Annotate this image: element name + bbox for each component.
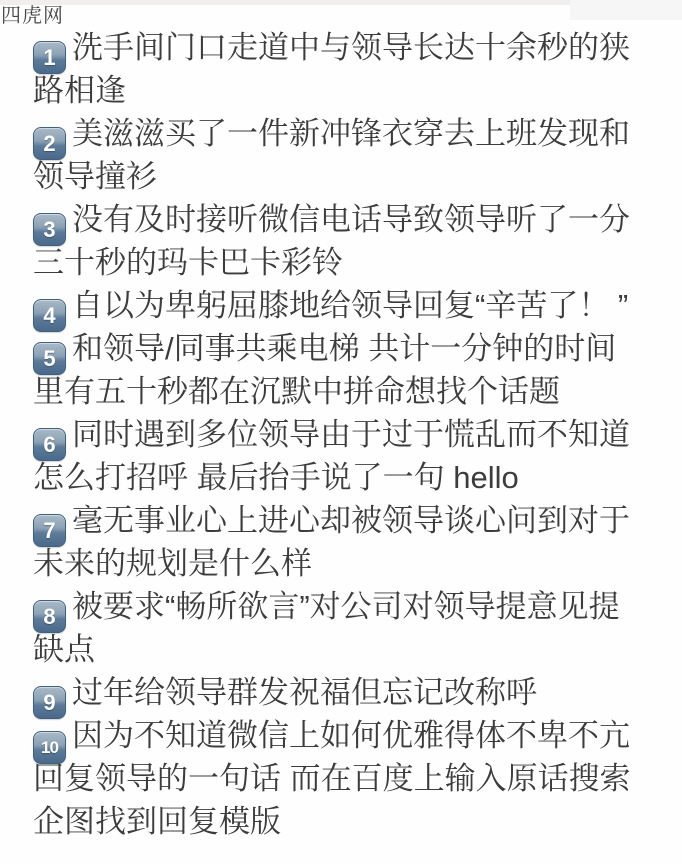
- list-item-line: 回复领导的一句话 而在百度上输入原话搜索: [0, 757, 682, 800]
- list-item-line: 8被要求“畅所欲言”对公司对领导提意见提: [0, 585, 682, 628]
- list-item-line: 路相逢: [0, 69, 682, 112]
- item-text: 洗手间门口走道中与领导长达十余秒的狭: [72, 30, 630, 65]
- list-item-line: 1洗手间门口走道中与领导长达十余秒的狭: [0, 26, 682, 69]
- list-item-line: 7毫无事业心上进心却被领导谈心问到对于: [0, 499, 682, 542]
- item-text: 同时遇到多位领导由于过于慌乱而不知道: [72, 417, 630, 452]
- list-item-line: 5和领导/同事共乘电梯 共计一分钟的时间: [0, 327, 682, 370]
- list-item-line: 企图找到回复模版: [0, 800, 682, 843]
- item-text: 自以为卑躬屈膝地给领导回复“辛苦了！ ”: [72, 288, 628, 323]
- item-text: 三十秒的玛卡巴卡彩铃: [33, 245, 343, 280]
- awkward-moments-list: 1洗手间门口走道中与领导长达十余秒的狭路相逢2美滋滋买了一件新冲锋衣穿去上班发现…: [0, 26, 682, 843]
- list-item-line: 缺点: [0, 628, 682, 671]
- screenshot-canvas: 四虎网 1洗手间门口走道中与领导长达十余秒的狭路相逢2美滋滋买了一件新冲锋衣穿去…: [0, 0, 682, 864]
- item-text: 毫无事业心上进心却被领导谈心问到对于: [72, 503, 630, 538]
- item-text: 领导撞衫: [33, 159, 157, 194]
- list-item-line: 4自以为卑躬屈膝地给领导回复“辛苦了！ ”: [0, 284, 682, 327]
- list-item-line: 2美滋滋买了一件新冲锋衣穿去上班发现和: [0, 112, 682, 155]
- item-text: 和领导/同事共乘电梯 共计一分钟的时间: [72, 331, 616, 366]
- item-text: 缺点: [33, 632, 95, 667]
- top-right-faint-block: [570, 0, 682, 20]
- list-item-line: 3没有及时接听微信电话导致领导听了一分: [0, 198, 682, 241]
- list-item-line: 里有五十秒都在沉默中拼命想找个话题: [0, 370, 682, 413]
- item-text: 回复领导的一句话 而在百度上输入原话搜索: [33, 761, 631, 796]
- list-item-line: 领导撞衫: [0, 155, 682, 198]
- list-item-line: 未来的规划是什么样: [0, 542, 682, 585]
- item-text: 过年给领导群发祝福但忘记改称呼: [72, 675, 537, 710]
- item-text: 美滋滋买了一件新冲锋衣穿去上班发现和: [72, 116, 630, 151]
- item-text: 企图找到回复模版: [33, 804, 281, 839]
- item-text: 怎么打招呼 最后抬手说了一句 hello: [33, 460, 519, 495]
- list-item-line: 三十秒的玛卡巴卡彩铃: [0, 241, 682, 284]
- site-watermark: 四虎网: [1, 5, 64, 27]
- list-item-line: 9过年给领导群发祝福但忘记改称呼: [0, 671, 682, 714]
- list-item-line: 怎么打招呼 最后抬手说了一句 hello: [0, 456, 682, 499]
- item-text: 路相逢: [33, 73, 126, 108]
- list-item-line: 6同时遇到多位领导由于过于慌乱而不知道: [0, 413, 682, 456]
- item-text: 被要求“畅所欲言”对公司对领导提意见提: [72, 589, 620, 624]
- item-text: 没有及时接听微信电话导致领导听了一分: [72, 202, 630, 237]
- item-text: 因为不知道微信上如何优雅得体不卑不亢: [72, 718, 630, 753]
- item-text: 未来的规划是什么样: [33, 546, 312, 581]
- item-text: 里有五十秒都在沉默中拼命想找个话题: [33, 374, 560, 409]
- list-item-line: 10因为不知道微信上如何优雅得体不卑不亢: [0, 714, 682, 757]
